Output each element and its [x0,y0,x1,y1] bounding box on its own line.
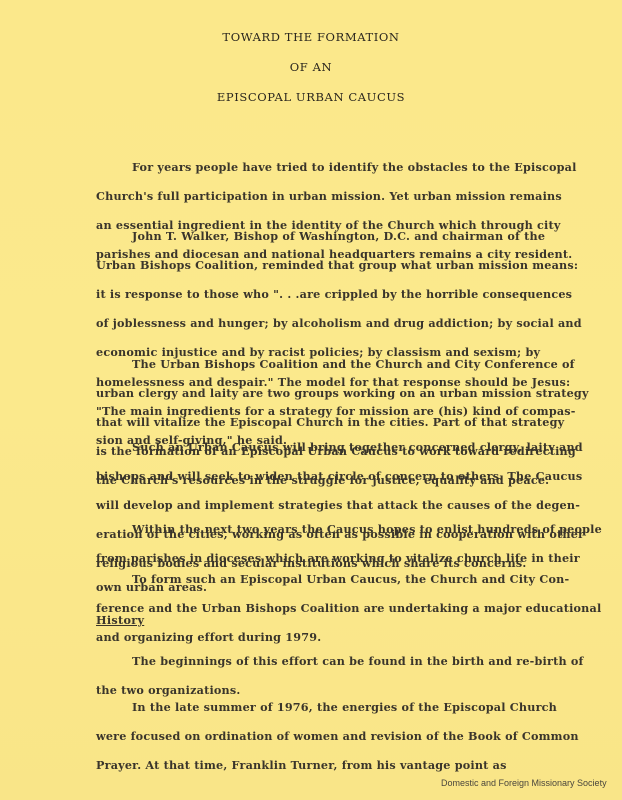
text-line: ference and the Urban Bishops Coalition … [96,601,576,616]
text-line: urban clergy and laity are two groups wo… [96,386,576,401]
text-line: it is response to those who ". . .are cr… [96,287,576,302]
text-line: Such an Urban Caucus will bring together… [96,440,576,455]
section-heading-history: History [96,613,144,627]
text-line: John T. Walker, Bishop of Washington, D.… [96,229,576,244]
text-line: Prayer. At that time, Franklin Turner, f… [96,758,576,773]
title-line: TOWARD THE FORMATION [0,30,622,44]
text-line: were focused on ordination of women and … [96,729,576,744]
text-line: Church's full participation in urban mis… [96,189,576,204]
document-page: TOWARD THE FORMATION OF AN EPISCOPAL URB… [0,0,622,800]
archive-watermark: Domestic and Foreign Missionary Society [441,778,607,788]
text-line: In the late summer of 1976, the energies… [96,700,576,715]
text-line: bishops and will seek to widen that circ… [96,469,576,484]
text-line: For years people have tried to identify … [96,160,576,175]
text-line: Urban Bishops Coalition, reminded that g… [96,258,576,273]
text-line: The Urban Bishops Coalition and the Chur… [96,357,576,372]
title-line: OF AN [0,60,622,74]
text-line: Within the next two years the Caucus hop… [96,522,576,537]
text-line: The beginnings of this effort can be fou… [96,654,576,669]
paragraph-1976: In the late summer of 1976, the energies… [96,685,576,787]
text-line: of joblessness and hunger; by alcoholism… [96,316,576,331]
text-line: To form such an Episcopal Urban Caucus, … [96,572,576,587]
title-line: EPISCOPAL URBAN CAUCUS [0,90,622,104]
